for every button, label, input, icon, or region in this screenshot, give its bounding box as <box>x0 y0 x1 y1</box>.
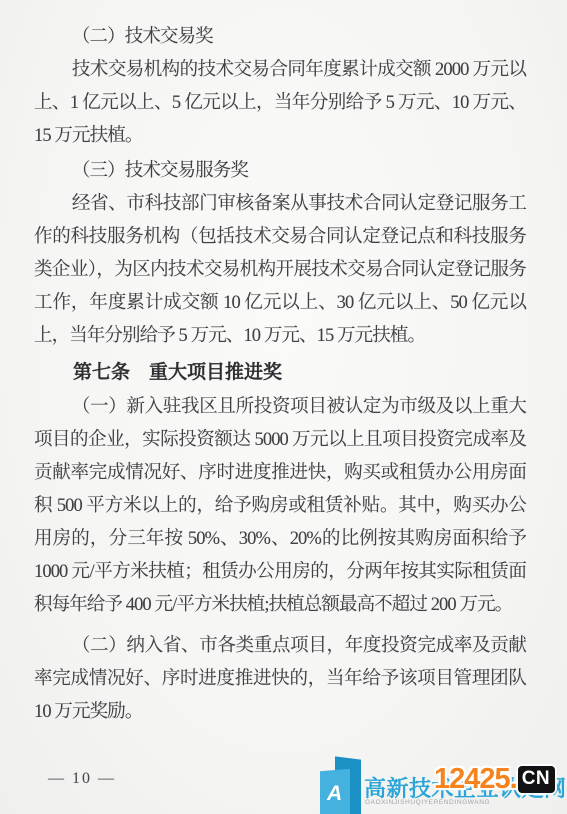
doc-line: 15 万元扶植。 <box>34 120 526 153</box>
doc-line: （二）技术交易奖 <box>34 21 526 54</box>
document-body: （二）技术交易奖 技术交易机构的技术交易合同年度累计成交额 2000 万元以 上… <box>34 21 526 729</box>
site-pinyin: GAOXINJISHUQIYERENDINGWANG <box>365 799 490 806</box>
doc-line: 类企业），为区内技术交易机构开展技术交易合同认定登记服务 <box>34 254 526 287</box>
doc-line: 积 500 平方米以上的，给予购房或租赁补贴。其中，购买办公 <box>34 490 526 523</box>
doc-line: 10 万元奖励。 <box>34 696 526 729</box>
article-heading: 第七条 重大项目推进奖 <box>34 356 526 389</box>
site-watermark: A 高新技术企业认定网 GAOXINJISHUQIYERENDINGWANG 1… <box>318 752 567 814</box>
doc-line: （二）纳入省、市各类重点项目，年度投资完成率及贡献 <box>34 630 526 663</box>
doc-line: 上，当年分别给予 5 万元、10 万元、15 万元扶植。 <box>34 320 526 353</box>
site-url-overlay: 12425. CN <box>434 763 555 796</box>
doc-line: 经省、市科技部门审核备案从事技术合同认定登记服务工 <box>34 188 526 221</box>
doc-line: 贡献率完成情况好、序时进度推进快，购买或租赁办公用房面 <box>34 457 526 490</box>
doc-line: （三）技术交易服务奖 <box>34 155 526 188</box>
page-number: — 10 — <box>48 770 116 788</box>
doc-line: 1000 元/平方米扶植；租赁办公用房的，分两年按其实际租赁面 <box>34 556 526 589</box>
site-number: 12425. <box>434 763 517 796</box>
site-tld-badge: CN <box>518 766 555 793</box>
doc-line: 项目的企业，实际投资额达 5000 万元以上且项目投资完成率及 <box>34 424 526 457</box>
brand-icon-letter: A <box>327 782 342 806</box>
brand-a-icon: A <box>320 756 366 814</box>
brand-icon-front-panel: A <box>320 769 350 814</box>
doc-line: 上、1 亿元以上、5 亿元以上，当年分别给予 5 万元、10 万元、 <box>34 87 526 120</box>
doc-line: 率完成情况好、序时进度推进快的，当年给予该项目管理团队 <box>34 663 526 696</box>
doc-line: 技术交易机构的技术交易合同年度累计成交额 2000 万元以 <box>34 54 526 87</box>
doc-line: 用房的，分三年按 50%、30%、20%的比例按其购房面积给予 <box>34 523 526 556</box>
doc-line: 积每年给予 400 元/平方米扶植;扶植总额最高不超过 200 万元。 <box>34 589 526 622</box>
doc-line: 作的科技服务机构（包括技术交易合同认定登记点和科技服务 <box>34 221 526 254</box>
doc-line: 工作，年度累计成交额 10 亿元以上、30 亿元以上、50 亿元以 <box>34 287 526 320</box>
doc-line: （一）新入驻我区且所投资项目被认定为市级及以上重大 <box>34 391 526 424</box>
